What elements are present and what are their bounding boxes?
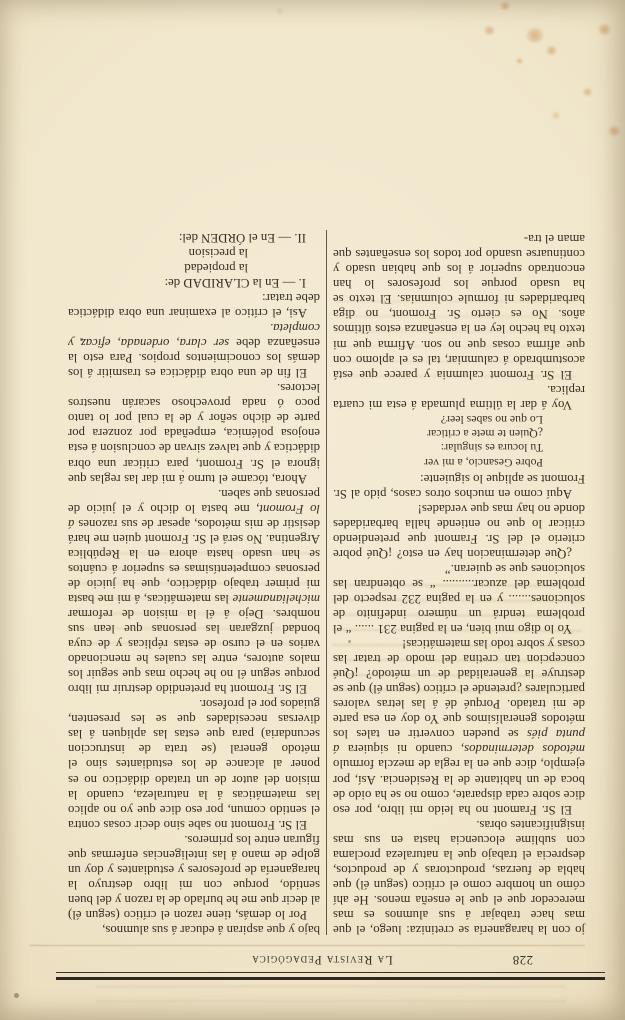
paragraph: la precision: [68, 245, 248, 260]
paragraph: El Sr. Fromont calumnia y parece que est…: [333, 231, 585, 381]
column-divider: [326, 230, 327, 935]
paragraph: jo con la haraganería se cretiniza: lueg…: [333, 817, 585, 937]
paragraph: El Sr. Fromont ha pretendido destruir mi…: [68, 486, 320, 697]
paragraph: la propiedad: [68, 260, 248, 275]
paragraph: II. — En el ÓRDEN del:: [68, 230, 306, 245]
paragraph: Asi, el crítico al examinar una obra did…: [68, 290, 320, 320]
scanned-page: 228 La Revista Pedagógica jo con la hara…: [0, 0, 625, 1020]
paragraph: El Sr. Fromont no sabe sino decir cosas …: [68, 696, 320, 831]
bleed-through-rule: [30, 945, 585, 946]
column-right: bajo y que aspiran á educar á sus alumno…: [68, 230, 320, 937]
paragraph: El Sr. Framont no ha leido mi libro, por…: [333, 636, 585, 817]
paragraph: bajo y que aspiran á educar á sus alumno…: [68, 922, 320, 937]
running-head: 228 La Revista Pedagógica: [56, 951, 605, 969]
column-left: jo con la haraganería se cretiniza: lueg…: [333, 230, 585, 937]
paragraph: Por lo demás, tiene razon el crítico (se…: [68, 832, 320, 922]
page-content: 228 La Revista Pedagógica jo con la hara…: [0, 0, 625, 1020]
header-rule-thick: [56, 977, 605, 980]
header-rule-thin: [56, 972, 605, 973]
paragraph: Voy á dar la última plumada á esta mi cu…: [333, 382, 585, 412]
page-number: 228: [512, 952, 533, 968]
verse: Pobre Gesancio, a mi verTu locura es sin…: [333, 413, 543, 470]
verse-line: ¿Quien te mete a criticar: [333, 427, 543, 441]
verse-line: Lo que no sabes leer?: [333, 413, 543, 427]
text-body: jo con la haraganería se cretiniza: lueg…: [67, 230, 585, 937]
paragraph: I. — En la CLARIDAD de:: [68, 275, 306, 290]
paragraph: Aquí como en muchos otros casos, pido al…: [333, 471, 585, 501]
verse-line: Pobre Gesancio, a mi ver: [333, 455, 543, 469]
journal-title: La Revista Pedagógica: [251, 952, 392, 967]
paragraph: Ahora, tócame el turno á mi dar las regl…: [68, 380, 320, 485]
paragraph: El fin de una obra didáctica es trasmiti…: [68, 320, 320, 380]
paragraph: ¿Que determinacion hay en esto? ¡Qué pob…: [333, 501, 585, 561]
paragraph: Yo lo digo mui bien, en la pagina 231 ..…: [333, 561, 585, 636]
verse-line: Tu locura es singular:: [333, 441, 543, 455]
